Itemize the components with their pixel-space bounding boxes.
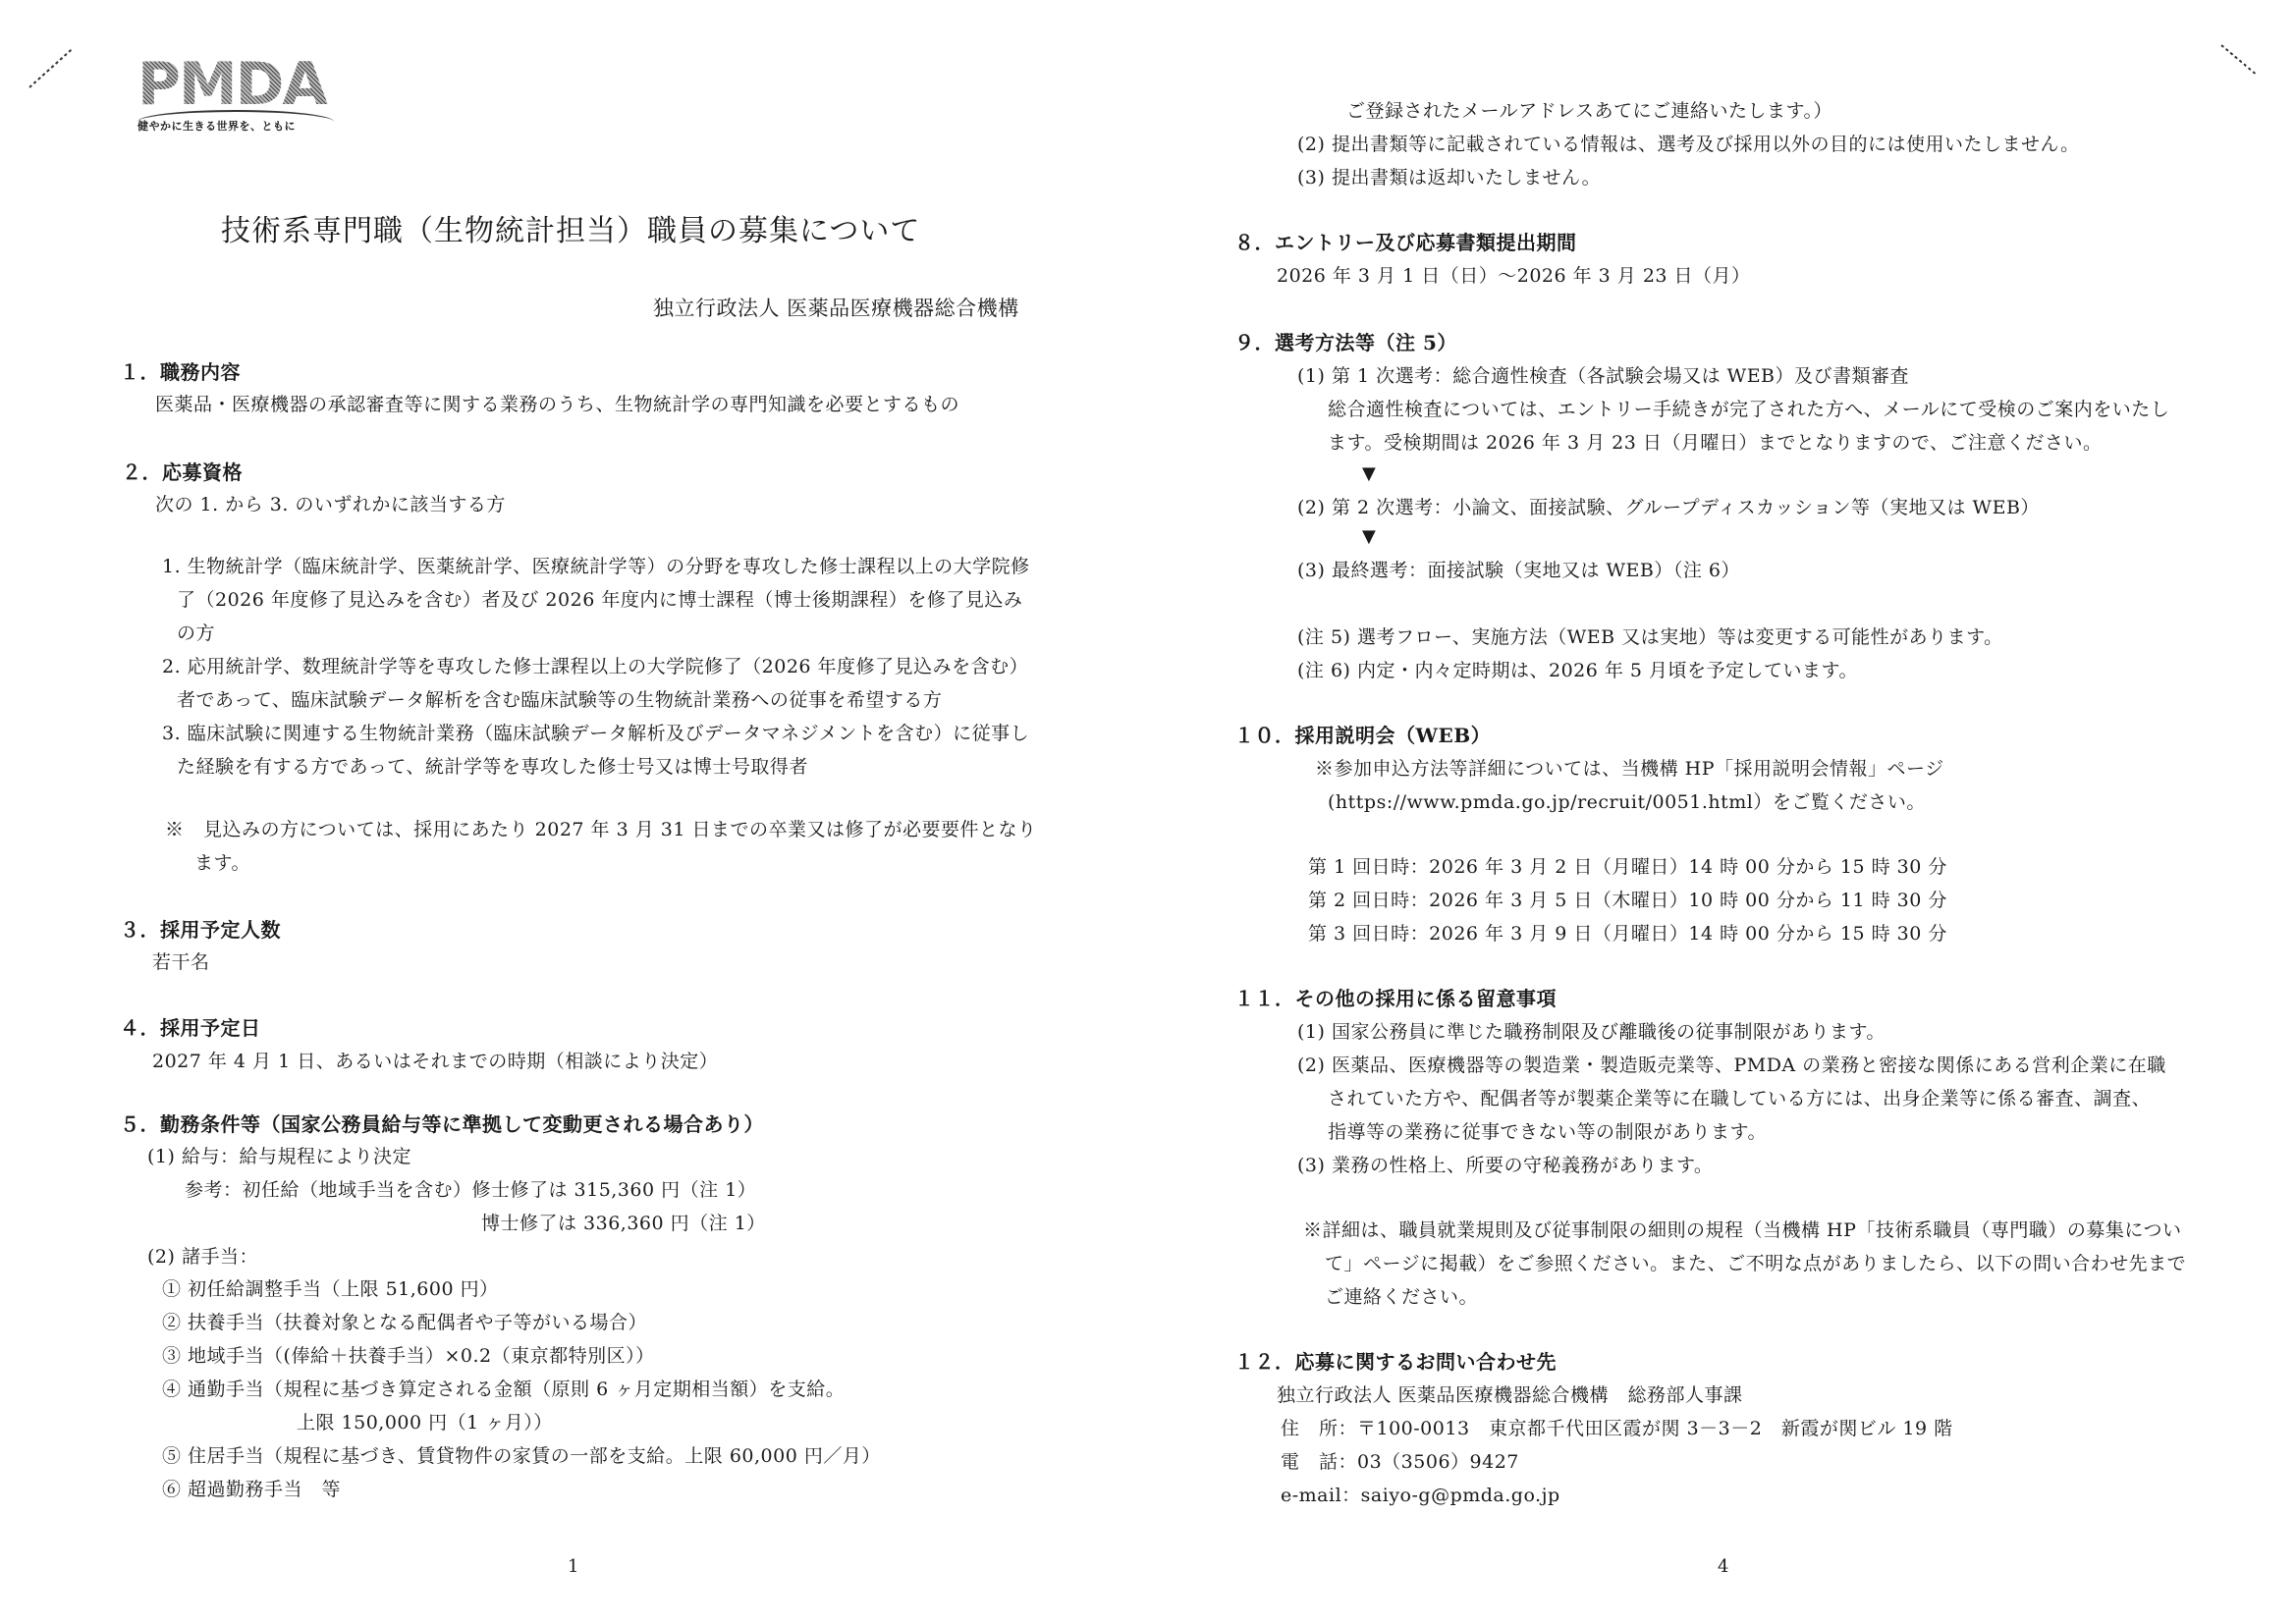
section-4-heading: ４．採用予定日 xyxy=(120,1011,261,1045)
logo-wordmark: PMDA xyxy=(137,57,334,112)
selection-step-1-detail: ます。受検期間は 2026 年 3 月 23 日（月曜日）までとなりますので、ご… xyxy=(1328,426,2102,460)
section-4-body: 2027 年 4 月 1 日、あるいはそれまでの時期（相談により決定） xyxy=(152,1045,718,1078)
contact-phone: 電 話：03（3506）9427 xyxy=(1281,1445,1519,1479)
page-number: 4 xyxy=(1718,1556,1728,1577)
contact-department: 独立行政法人 医薬品医療機器総合機構 総務部人事課 xyxy=(1277,1379,1743,1412)
section-2-heading: ２．応募資格 xyxy=(122,456,243,489)
notice-item-2-line-3: 指導等の業務に従事できない等の制限があります。 xyxy=(1328,1115,1767,1149)
briefing-info: ※参加申込方法等詳細については、当機構 HP「採用説明会情報」ページ xyxy=(1315,752,1944,785)
section-5-heading: ５．勤務条件等（国家公務員給与等に準拠して変動更される場合あり） xyxy=(120,1108,764,1141)
logo-tagline: 健やかに生きる世界を、ともに xyxy=(137,118,334,134)
pmda-logo: PMDA 健やかに生きる世界を、ともに xyxy=(137,57,334,134)
section-7-item-2: (2) 提出書類等に記載されている情報は、選考及び採用以外の目的には使用いたしま… xyxy=(1297,128,2080,161)
notice-item-3: (3) 業務の性格上、所要の守秘義務があります。 xyxy=(1297,1149,1713,1182)
section-2-note-line-2: ます。 xyxy=(194,846,250,880)
qualification-2-line-1: 2. 応用統計学、数理統計学等を専攻した修士課程以上の大学院修了（2026 年度… xyxy=(162,650,1028,683)
section-10-heading: １０．採用説明会（WEB） xyxy=(1234,719,1491,752)
url-open-paren: ( xyxy=(1328,791,1336,813)
entry-period: 2026 年 3 月 1 日（日）～2026 年 3 月 23 日（月） xyxy=(1277,259,1751,293)
note-5: (注 5) 選考フロー、実施方法（WEB 又は実地）等は変更する可能性があります… xyxy=(1297,621,2003,654)
allowance-item-continued: 上限 150,000 円（1 ヶ月）） xyxy=(297,1406,553,1439)
section-1-heading: １．職務内容 xyxy=(120,355,241,389)
section-3-body: 若干名 xyxy=(152,946,210,979)
section-7-continued-line: ご登録されたメールアドレスあてにご連絡いたします。） xyxy=(1346,94,1832,128)
briefing-page-link[interactable]: https://www.pmda.go.jp/recruit/0051.html xyxy=(1336,791,1753,813)
section-11-heading: １１．その他の採用に係る留意事項 xyxy=(1234,982,1557,1015)
url-suffix: ）をご覧ください。 xyxy=(1753,791,1926,813)
allowance-item: ④ 通勤手当（規程に基づき算定される金額（原則 6 ヶ月定期相当額）を支給。 xyxy=(162,1373,845,1406)
flow-arrow-down-icon: ▼ xyxy=(1362,522,1376,552)
section-8-heading: ８．エントリー及び応募書類提出期間 xyxy=(1234,226,1577,259)
briefing-url-line: (https://www.pmda.go.jp/recruit/0051.htm… xyxy=(1328,785,1926,819)
salary-reference-master: 参考：初任給（地域手当を含む）修士修了は 315,360 円（注 1） xyxy=(185,1173,756,1207)
allowance-item: ② 扶養手当（扶養対象となる配偶者や子等がいる場合） xyxy=(162,1306,647,1339)
allowances-label: (2) 諸手当： xyxy=(147,1240,258,1273)
notice-item-1: (1) 国家公務員に準じた職務制限及び離職後の従事制限があります。 xyxy=(1297,1015,1886,1049)
qualification-3-line-2: た経験を有する方であって、統計学等を専攻した修士号又は博士号取得者 xyxy=(177,750,808,784)
allowance-item: ⑥ 超過勤務手当 等 xyxy=(162,1473,341,1506)
qualification-1-line-1: 1. 生物統計学（臨床統計学、医薬統計学、医療統計学等）の分野を専攻した修士課程… xyxy=(162,550,1030,583)
scan-artifact-mark xyxy=(2220,44,2258,76)
contact-address: 住 所：〒100-0013 東京都千代田区霞が関 3－3－2 新霞が関ビル 19… xyxy=(1281,1412,1953,1445)
section-2-note-line-1: ※ 見込みの方については、採用にあたり 2027 年 3 月 31 日までの卒業… xyxy=(165,813,1036,846)
section-11-note-line-3: ご連絡ください。 xyxy=(1325,1280,1478,1314)
selection-step-1: (1) 第 1 次選考：総合適性検査（各試験会場又は WEB）及び書類審査 xyxy=(1297,359,1909,393)
section-1-body: 医薬品・医療機器の承認審査等に関する業務のうち、生物統計学の専門知識を必要とする… xyxy=(155,388,959,421)
document-title: 技術系専門職（生物統計担当）職員の募集について xyxy=(221,206,920,249)
section-7-item-3: (3) 提出書類は返却いたしません。 xyxy=(1297,161,1601,194)
section-9-heading: ９．選考方法等（注 5） xyxy=(1234,326,1457,359)
qualification-1-line-3: の方 xyxy=(177,617,215,650)
allowance-item: ① 初任給調整手当（上限 51,600 円） xyxy=(162,1272,499,1306)
document-page-4: ご登録されたメールアドレスあてにご連絡いたします。） (2) 提出書類等に記載さ… xyxy=(1148,0,2296,1623)
notice-item-2-line-2: されていた方や、配偶者等が製薬企業等に在職している方には、出身企業等に係る審査、… xyxy=(1328,1082,2151,1115)
note-6: (注 6) 内定・内々定時期は、2026 年 5 月頃を予定しています。 xyxy=(1297,654,1858,687)
section-3-heading: ３．採用予定人数 xyxy=(120,913,281,947)
document-page-1: PMDA 健やかに生きる世界を、ともに 技術系専門職（生物統計担当）職員の募集に… xyxy=(0,0,1148,1623)
briefing-session-2: 第 2 回日時：2026 年 3 月 5 日（木曜日）10 時 00 分から 1… xyxy=(1308,884,1947,917)
briefing-session-3: 第 3 回日時：2026 年 3 月 9 日（月曜日）14 時 00 分から 1… xyxy=(1308,917,1947,950)
notice-item-2-line-1: (2) 医薬品、医療機器等の製造業・製造販売業等、PMDA の業務と密接な関係に… xyxy=(1297,1049,2166,1082)
flow-arrow-down-icon: ▼ xyxy=(1362,460,1376,489)
qualification-2-line-2: 者であって、臨床試験データ解析を含む臨床試験等の生物統計業務への従事を希望する方 xyxy=(177,683,942,717)
section-12-heading: １２．応募に関するお問い合わせ先 xyxy=(1234,1345,1557,1379)
salary-reference-doctor: 博士修了は 336,360 円（注 1） xyxy=(481,1207,766,1240)
salary-label: (1) 給与：給与規程により決定 xyxy=(147,1140,411,1173)
scan-artifact-mark xyxy=(28,47,74,88)
qualification-3-line-1: 3. 臨床試験に関連する生物統計業務（臨床試験データ解析及びデータマネジメントを… xyxy=(162,717,1029,750)
briefing-session-1: 第 1 回日時：2026 年 3 月 2 日（月曜日）14 時 00 分から 1… xyxy=(1308,850,1947,884)
section-11-note-line-1: ※詳細は、職員就業規則及び従事制限の細則の規程（当機構 HP「技術系職員（専門職… xyxy=(1303,1214,2182,1247)
selection-step-2: (2) 第 2 次選考：小論文、面接試験、グループディスカッション等（実地又は … xyxy=(1297,491,2040,524)
contact-email: e-mail：saiyo-g@pmda.go.jp xyxy=(1281,1479,1560,1512)
section-11-note-line-2: て」ページに掲載）をご参照ください。また、ご不明な点がありましたら、以下の問い合… xyxy=(1325,1247,2186,1280)
issuing-organization: 独立行政法人 医薬品医療機器総合機構 xyxy=(653,293,1019,322)
selection-step-1-detail: 総合適性検査については、エントリー手続きが完了された方へ、メールにて受検のご案内… xyxy=(1328,393,2169,426)
section-2-intro: 次の 1. から 3. のいずれかに該当する方 xyxy=(155,488,506,521)
selection-step-3: (3) 最終選考：面接試験（実地又は WEB）（注 6） xyxy=(1297,554,1740,587)
page-number: 1 xyxy=(568,1556,578,1577)
qualification-1-line-2: 了（2026 年度修了見込みを含む）者及び 2026 年度内に博士課程（博士後期… xyxy=(177,583,1022,617)
allowance-item: ③ 地域手当（(俸給＋扶養手当）×0.2（東京都特別区）） xyxy=(162,1339,655,1373)
allowance-item: ⑤ 住居手当（規程に基づき、賃貸物件の家賃の一部を支給。上限 60,000 円／… xyxy=(162,1439,881,1473)
